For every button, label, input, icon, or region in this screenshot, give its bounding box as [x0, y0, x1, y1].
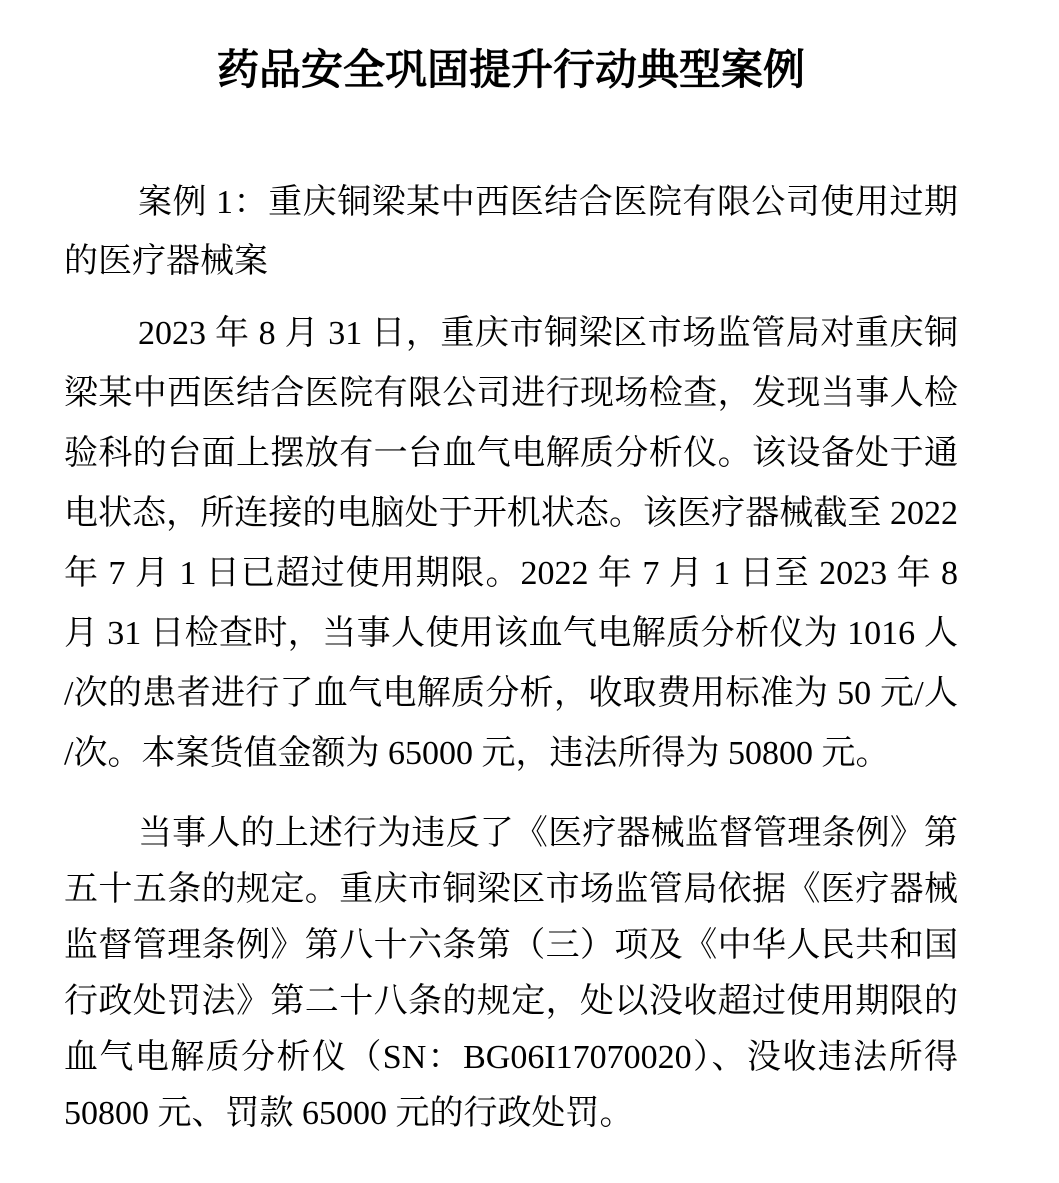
body-text-line: 五十五条的规定。重庆市铜梁区市场监管局依据《医疗器械 [64, 862, 958, 918]
body-text-line: 监督管理条例》第八十六条第（三）项及《中华人民共和国 [64, 918, 958, 974]
case-heading-paragraph: 案例 1：重庆铜梁某中西医结合医院有限公司使用过期 的医疗器械案 [64, 173, 958, 291]
body-text-line: 当事人的上述行为违反了《医疗器械监督管理条例》第 [64, 806, 958, 862]
body-text-line: /次的患者进行了血气电解质分析，收取费用标准为 50 元/人 [64, 664, 958, 724]
body-text-line: 月 31 日检查时，当事人使用该血气电解质分析仪为 1016 人 [64, 604, 958, 664]
case-heading-line: 案例 1：重庆铜梁某中西医结合医院有限公司使用过期 [64, 173, 958, 232]
case-heading-line: 的医疗器械案 [64, 232, 958, 291]
body-text-line: 梁某中西医结合医院有限公司进行现场检查，发现当事人检 [64, 364, 958, 424]
body-text-line: 血气电解质分析仪（SN：BG06I17070020）、没收违法所得 [64, 1030, 958, 1086]
facts-paragraph: 2023 年 8 月 31 日，重庆市铜梁区市场监管局对重庆铜 梁某中西医结合医… [64, 304, 958, 784]
body-text-line: 行政处罚法》第二十八条的规定，处以没收超过使用期限的 [64, 974, 958, 1030]
penalty-paragraph: 当事人的上述行为违反了《医疗器械监督管理条例》第 五十五条的规定。重庆市铜梁区市… [64, 806, 958, 1142]
body-text-line: 2023 年 8 月 31 日，重庆市铜梁区市场监管局对重庆铜 [64, 304, 958, 364]
document-title: 药品安全巩固提升行动典型案例 [64, 40, 958, 102]
body-text-line: 50800 元、罚款 65000 元的行政处罚。 [64, 1086, 958, 1142]
body-text-line: 年 7 月 1 日已超过使用期限。2022 年 7 月 1 日至 2023 年 … [64, 544, 958, 604]
document-page: 药品安全巩固提升行动典型案例 案例 1：重庆铜梁某中西医结合医院有限公司使用过期… [0, 0, 1059, 1183]
body-text-line: 电状态，所连接的电脑处于开机状态。该医疗器械截至 2022 [64, 484, 958, 544]
body-text-line: /次。本案货值金额为 65000 元，违法所得为 50800 元。 [64, 724, 958, 784]
body-text-line: 验科的台面上摆放有一台血气电解质分析仪。该设备处于通 [64, 424, 958, 484]
